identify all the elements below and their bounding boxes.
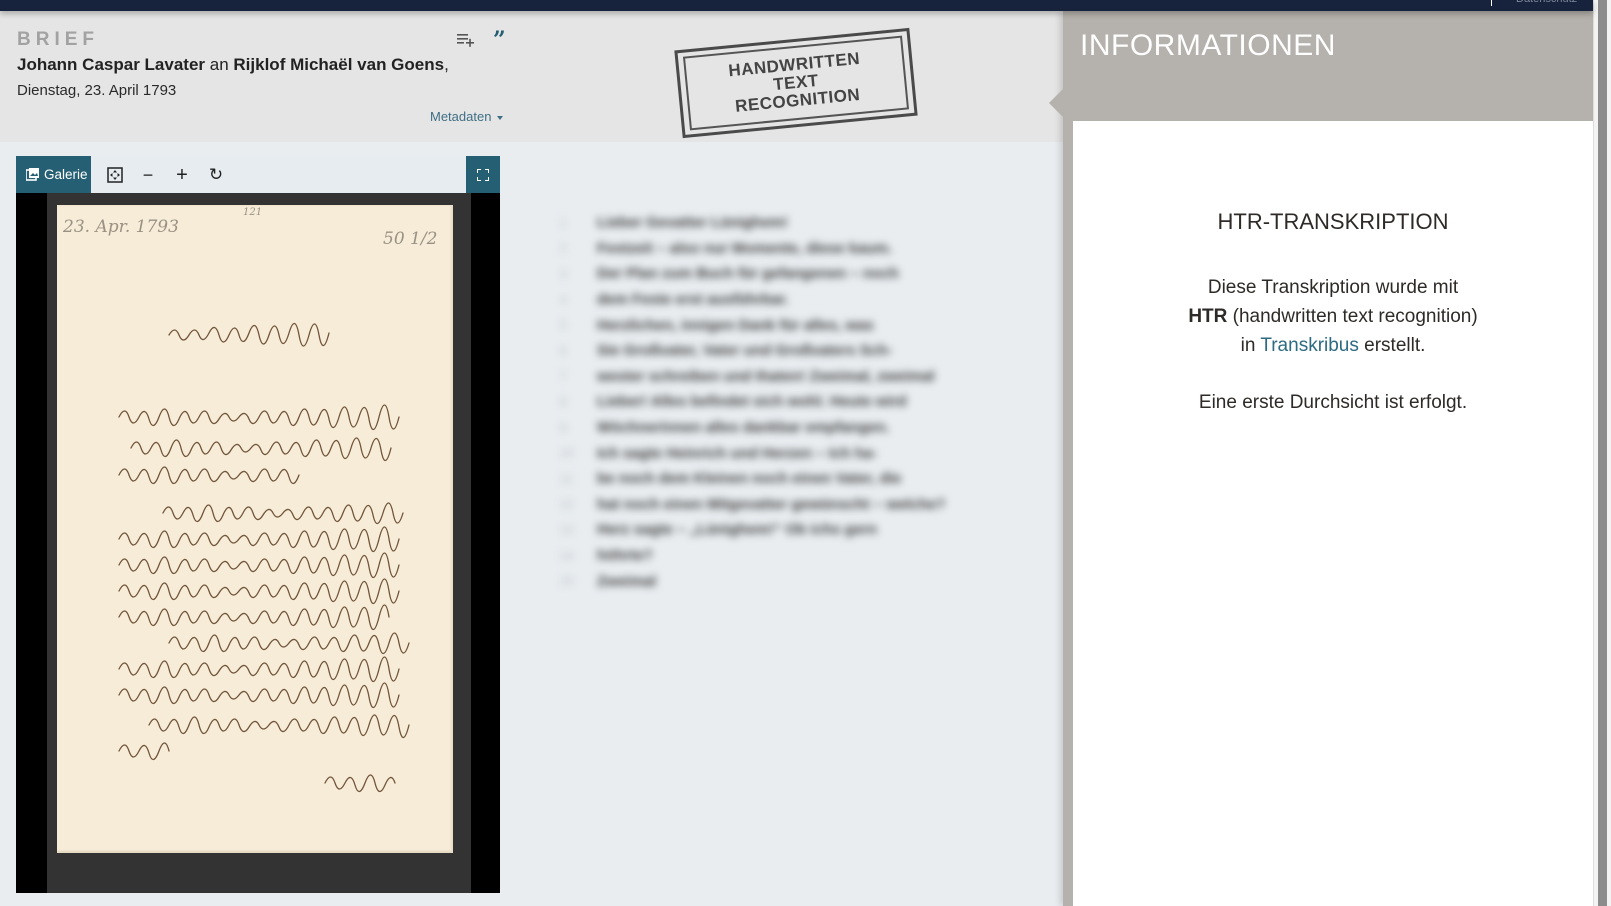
quote-icon[interactable]: ”: [493, 27, 506, 53]
home-icon[interactable]: [105, 165, 125, 185]
line-number: 10: [560, 446, 597, 460]
transkribus-link[interactable]: Transkribus: [1260, 335, 1359, 356]
scrollbar-thumb[interactable]: [1598, 0, 1607, 906]
transcription-line: 12hat noch einen Mitgevatter gewünscht –…: [560, 492, 1040, 518]
document-type-label: BRIEF: [17, 29, 99, 51]
htr-heading: HTR-TRANSKRIPTION: [1073, 209, 1593, 235]
transcription-line: 6Sie Großvater, Vater und Großvaters Sch…: [560, 338, 1040, 364]
transcription-line: 10Ich sagte Heinrich und Herzen – Ich ha…: [560, 440, 1040, 466]
gallery-label: Galerie: [44, 167, 88, 182]
datenschutz-link[interactable]: Datenschutz: [1516, 0, 1577, 5]
description-text: Diese Transkription wurde mit: [1208, 277, 1458, 298]
rotate-icon[interactable]: ↻: [206, 165, 226, 185]
transcription-line: 11be noch dem Kleinen noch einen Vater, …: [560, 466, 1040, 492]
line-text: Zweimal: [597, 573, 656, 590]
description-text: erstellt.: [1359, 335, 1426, 356]
htr-stamp: HANDWRITTEN TEXT RECOGNITION: [674, 28, 917, 138]
transcription-line: 13Herz sagte – „Lünighem!“ Ob ichs gern: [560, 517, 1040, 543]
line-text: Wöchnerinnen alles dankbar empfangen.: [597, 419, 890, 436]
line-text: Sie Großvater, Vater und Großvaters Sch-: [597, 342, 892, 359]
line-number: 4: [560, 293, 597, 307]
letter-date: Dienstag, 23. April 1793: [17, 82, 176, 99]
line-number: 6: [560, 344, 597, 358]
line-text: Der Plan zum Buch für gefangenen – noch: [597, 265, 899, 282]
add-to-list-icon[interactable]: [456, 31, 476, 49]
transcription-line: 3Der Plan zum Buch für gefangenen – noch: [560, 261, 1040, 287]
info-panel-pointer: [1049, 89, 1063, 117]
recipient-name[interactable]: Rijklof Michaël van Goens: [233, 55, 444, 74]
line-text: Lieber Gevatter Lünighem!: [597, 214, 788, 231]
comma: ,: [444, 55, 449, 74]
letter-page-image: 23. Apr. 1793 121 50 1/2: [57, 205, 453, 853]
transcription-line: 4dem Feste erst ausführbar.: [560, 287, 1040, 313]
line-number: 12: [560, 497, 597, 511]
line-text: Herz sagte – „Lünighem!“ Ob ichs gern: [597, 521, 877, 538]
info-panel-body: HTR-TRANSKRIPTION Diese Transkription wu…: [1073, 121, 1593, 906]
transcription-line: 15Zweimal: [560, 568, 1040, 594]
caret-down-icon: [497, 116, 503, 120]
line-text: hat noch einen Mitgevatter gewünscht – w…: [597, 496, 945, 513]
line-text: Herzlichen, innigen Dank für alles, was: [597, 317, 874, 334]
sender-name[interactable]: Johann Caspar Lavater: [17, 55, 205, 74]
line-text: dem Feste erst ausführbar.: [597, 291, 789, 308]
transcription-line: 9Wöchnerinnen alles dankbar empfangen.: [560, 415, 1040, 441]
connector-text: an: [210, 55, 229, 74]
scrollbar[interactable]: [1593, 0, 1611, 906]
line-text: be noch dem Kleinen noch einen Vater, di…: [597, 470, 901, 487]
line-number: 7: [560, 369, 597, 383]
transcription-text-blurred: 1Lieber Gevatter Lünighem! 2Festzeit – a…: [560, 210, 1040, 594]
htr-abbreviation: HTR: [1188, 306, 1227, 327]
review-status: Eine erste Durchsicht ist erfolgt.: [1073, 388, 1593, 417]
handwriting-strokes: [57, 205, 453, 853]
gallery-icon: [26, 168, 39, 181]
description-text: (handwritten text recognition): [1227, 306, 1477, 327]
transcription-line: 1Lieber Gevatter Lünighem!: [560, 210, 1040, 236]
fullscreen-icon: [477, 169, 489, 181]
line-text: Ich sagte Heinrich und Herzen – Ich ha-: [597, 445, 877, 462]
line-text: höhrte?: [597, 547, 653, 564]
gallery-button[interactable]: Galerie: [16, 156, 91, 193]
line-number: 5: [560, 318, 597, 332]
line-text: Festzeit – also nur Momente, diese kaum.: [597, 240, 892, 257]
transcription-line: 7wester schreiben und thaten! Zweimal, z…: [560, 364, 1040, 390]
info-panel-title: INFORMATIONEN: [1080, 29, 1336, 63]
transcription-line: 2Festzeit – also nur Momente, diese kaum…: [560, 236, 1040, 262]
transcription-line: 14höhrte?: [560, 543, 1040, 569]
line-number: 14: [560, 549, 597, 563]
zoom-in-icon[interactable]: +: [172, 165, 192, 185]
line-number: 2: [560, 241, 597, 255]
stamp-line: RECOGNITION: [734, 86, 861, 116]
top-navbar: Datenschutz: [0, 0, 1593, 11]
metadata-dropdown[interactable]: Metadaten: [430, 109, 503, 124]
image-viewer-toolbar: Galerie − + ↻: [16, 156, 500, 193]
letter-title: Johann Caspar Lavater an Rijklof Michaël…: [17, 55, 449, 75]
line-number: 1: [560, 216, 597, 230]
line-number: 15: [560, 574, 597, 588]
line-number: 9: [560, 421, 597, 435]
zoom-out-icon[interactable]: −: [138, 165, 158, 185]
description-text: in: [1241, 335, 1261, 356]
line-number: 8: [560, 395, 597, 409]
htr-description: Diese Transkription wurde mit HTR (handw…: [1073, 273, 1593, 360]
line-number: 3: [560, 267, 597, 281]
fullscreen-button[interactable]: [466, 156, 500, 193]
letter-scan-viewer[interactable]: 23. Apr. 1793 121 50 1/2: [16, 193, 500, 893]
navbar-divider: [1491, 0, 1492, 6]
info-panel: INFORMATIONEN HTR-TRANSKRIPTION Diese Tr…: [1063, 11, 1593, 906]
line-number: 11: [560, 472, 597, 486]
scan-background: 23. Apr. 1793 121 50 1/2: [47, 193, 471, 893]
line-text: wester schreiben und thaten! Zweimal, zw…: [597, 368, 935, 385]
line-number: 13: [560, 523, 597, 537]
metadata-label: Metadaten: [430, 109, 491, 124]
line-text: Lieber! Alles befindet sich wohl. Heute …: [597, 393, 907, 410]
transcription-line: 8Lieber! Alles befindet sich wohl. Heute…: [560, 389, 1040, 415]
transcription-line: 5Herzlichen, innigen Dank für alles, was: [560, 312, 1040, 338]
letter-header: BRIEF Johann Caspar Lavater an Rijklof M…: [0, 11, 1063, 142]
